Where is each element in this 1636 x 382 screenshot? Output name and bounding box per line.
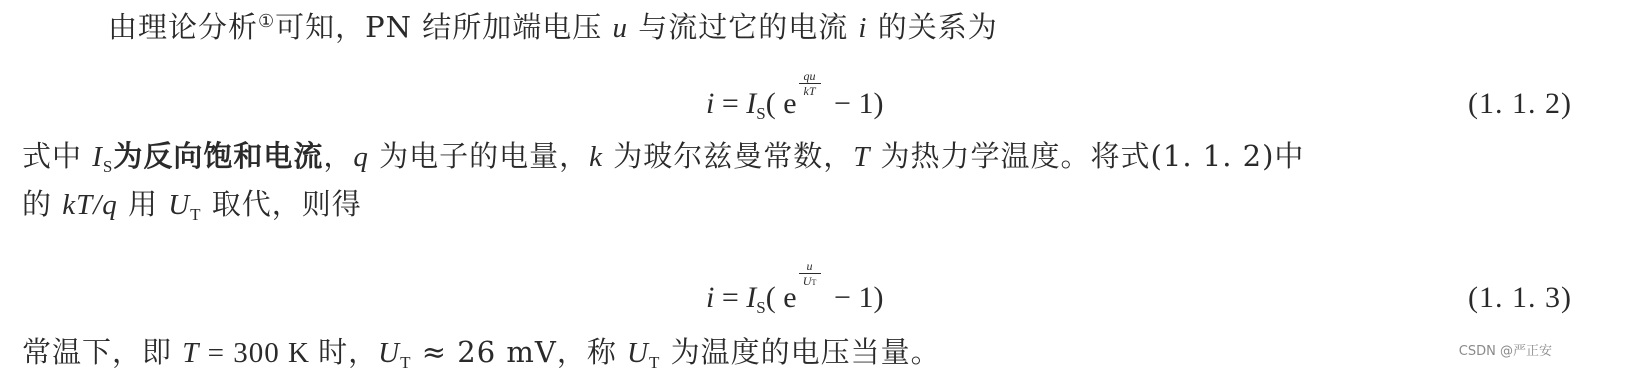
text: 用 (118, 187, 168, 221)
text: 由理论分析 (108, 10, 258, 44)
paragraph-definitions-line2: 的 kT/q 用 UT 取代，则得 (22, 186, 362, 233)
eq-open: ( e (766, 87, 797, 120)
exp-denominator: kT (804, 85, 816, 97)
exponent: qukT (797, 86, 827, 116)
watermark: CSDN @严正安 (1459, 340, 1552, 359)
eq-I-sub: S (756, 104, 765, 123)
var-T: T (853, 141, 870, 173)
var-kT-over-q: kT/q (62, 189, 118, 221)
exp-numerator: u (807, 260, 813, 272)
equation-number-1-1-3: (1. 1. 3) (1468, 280, 1572, 316)
text: 的关系为 (867, 10, 997, 44)
term-reverse-saturation-current: 为反向饱和电流 (113, 139, 323, 173)
text: ， (323, 139, 353, 173)
var-I: I (92, 141, 103, 173)
equation-number-1-1-2: (1. 1. 2) (1468, 86, 1572, 122)
exp-denominator-sub: T (811, 278, 816, 287)
var-k: k (589, 141, 603, 173)
text: = 300 K 时， (199, 337, 378, 369)
var-U-sub: T (400, 353, 411, 372)
eq-equals: = (714, 281, 746, 314)
var-I-sub: S (103, 157, 113, 176)
text: 为热力学温度。将式(1. 1. 2)中 (870, 139, 1304, 173)
eq-I: I (746, 87, 756, 120)
var-u: u (612, 12, 628, 44)
text: 为玻尔兹曼常数， (603, 139, 853, 173)
text: ≈ 26 mV，称 (412, 335, 628, 369)
var-q: q (353, 141, 369, 173)
var-U: U (627, 337, 649, 369)
eq-I: I (746, 281, 756, 314)
var-U: U (168, 189, 190, 221)
var-U-sub: T (649, 353, 660, 372)
equation-1-1-3: i = IS( euUT − 1) (706, 280, 883, 326)
text: 常温下，即 (22, 335, 182, 369)
eq-I-sub: S (756, 298, 765, 317)
text: 为电子的电量， (369, 139, 589, 173)
paragraph-thermal-voltage: 常温下，即 T = 300 K 时，UT ≈ 26 mV，称 UT 为温度的电压… (22, 334, 941, 381)
text: 为温度的电压当量。 (660, 335, 940, 369)
eq-close: − 1) (827, 281, 884, 314)
text: 取代，则得 (202, 187, 362, 221)
paragraph-definitions-line1: 式中 IS为反向饱和电流，q 为电子的电量，k 为玻尔兹曼常数，T 为热力学温度… (22, 138, 1304, 185)
text: 式中 (22, 139, 92, 173)
eq-equals: = (714, 87, 746, 120)
var-U: U (378, 337, 400, 369)
equation-1-1-2: i = IS( equkT − 1) (706, 86, 883, 132)
exp-numerator: qu (804, 70, 816, 82)
footnote-mark[interactable]: ① (258, 11, 275, 32)
paragraph-intro: 由理论分析①可知，PN 结所加端电压 u 与流过它的电流 i 的关系为 (108, 4, 998, 46)
text: 可知，PN 结所加端电压 (275, 10, 612, 44)
eq-open: ( e (766, 281, 797, 314)
var-T: T (182, 337, 199, 369)
var-U-sub: T (190, 205, 201, 224)
text: 的 (22, 187, 62, 221)
eq-close: − 1) (827, 87, 884, 120)
text: 与流过它的电流 (628, 10, 858, 44)
exponent: uUT (797, 280, 827, 310)
